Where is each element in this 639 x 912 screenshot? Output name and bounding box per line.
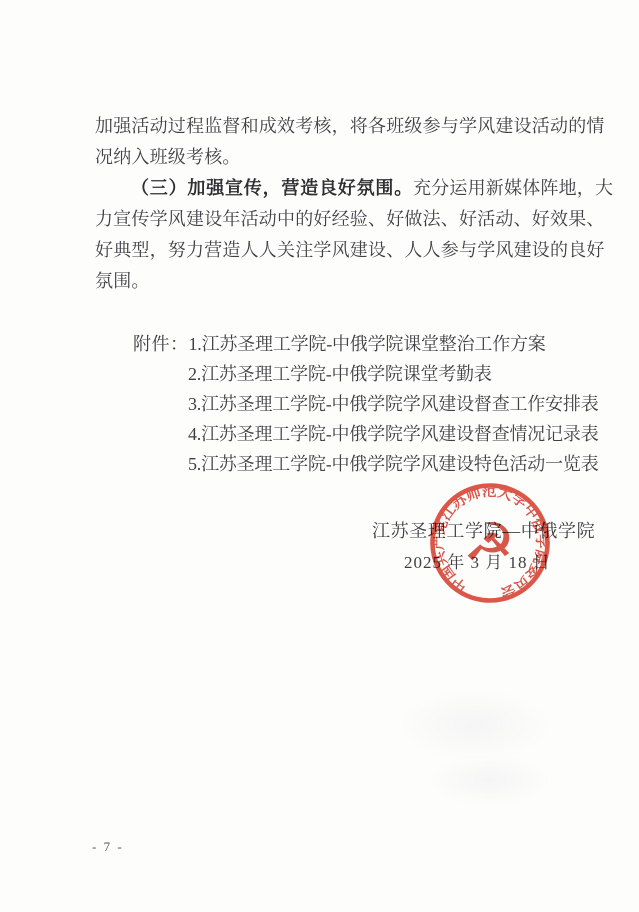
- attachment-row: 附件：1.江苏圣理工学院-中俄学院课堂整治工作方案: [133, 329, 599, 359]
- body-text-line: 氛围。: [95, 266, 599, 297]
- body-text-line: 力宣传学风建设年活动中的好经验、好做法、好活动、好效果、: [95, 204, 599, 235]
- attachment-row: 2.江苏圣理工学院-中俄学院课堂考勤表: [133, 359, 599, 389]
- attachments-label: 附件：: [133, 334, 189, 354]
- attachment-row: 4.江苏圣理工学院-中俄学院学风建设督查情况记录表: [133, 419, 599, 449]
- body-text-line: 况纳入班级考核。: [95, 142, 599, 173]
- page-number: - 7 -: [92, 839, 124, 855]
- official-party-seal: 中国共产党江苏师范大学中俄学院委员会 ☭: [417, 470, 564, 617]
- attachment-row: 3.江苏圣理工学院-中俄学院学风建设督查工作安排表: [133, 389, 599, 419]
- body-text-line: 加强活动过程监督和成效考核，将各班级参与学风建设活动的情: [95, 111, 599, 142]
- body-text-segment: 充分运用新媒体阵地，大: [413, 178, 613, 198]
- signature-date: 2025 年 3 月 18 日: [404, 553, 551, 573]
- seal-graphic: 中国共产党江苏师范大学中俄学院委员会 ☭: [417, 470, 564, 617]
- signature-organization: 江苏圣理工学院—中俄学院: [372, 521, 595, 541]
- attachment-list: 附件：1.江苏圣理工学院-中俄学院课堂整治工作方案 2.江苏圣理工学院-中俄学院…: [133, 329, 599, 479]
- body-text-line: 好典型，努力营造人人关注学风建设、人人参与学风建设的良好: [95, 235, 599, 266]
- attachment-item: 1.江苏圣理工学院-中俄学院课堂整治工作方案: [189, 334, 546, 354]
- ink-bleed-artifact: [430, 755, 550, 805]
- ink-bleed-artifact: [400, 690, 550, 760]
- attachment-item: 3.江苏圣理工学院-中俄学院学风建设督查工作安排表: [188, 394, 599, 414]
- scanned-document-page: 加强活动过程监督和成效考核，将各班级参与学风建设活动的情 况纳入班级考核。 （三…: [0, 0, 639, 912]
- attachment-item: 4.江苏圣理工学院-中俄学院学风建设督查情况记录表: [188, 424, 599, 444]
- section-heading: （三）加强宣传，营造良好氛围。: [131, 178, 413, 198]
- seal-ring: [425, 478, 555, 608]
- body-text-line: （三）加强宣传，营造良好氛围。充分运用新媒体阵地，大: [95, 173, 599, 204]
- attachment-item: 5.江苏圣理工学院-中俄学院学风建设特色活动一览表: [188, 454, 599, 474]
- document-body: 加强活动过程监督和成效考核，将各班级参与学风建设活动的情 况纳入班级考核。 （三…: [95, 111, 599, 297]
- attachment-row: 5.江苏圣理工学院-中俄学院学风建设特色活动一览表: [133, 449, 599, 479]
- attachment-item: 2.江苏圣理工学院-中俄学院课堂考勤表: [188, 364, 492, 384]
